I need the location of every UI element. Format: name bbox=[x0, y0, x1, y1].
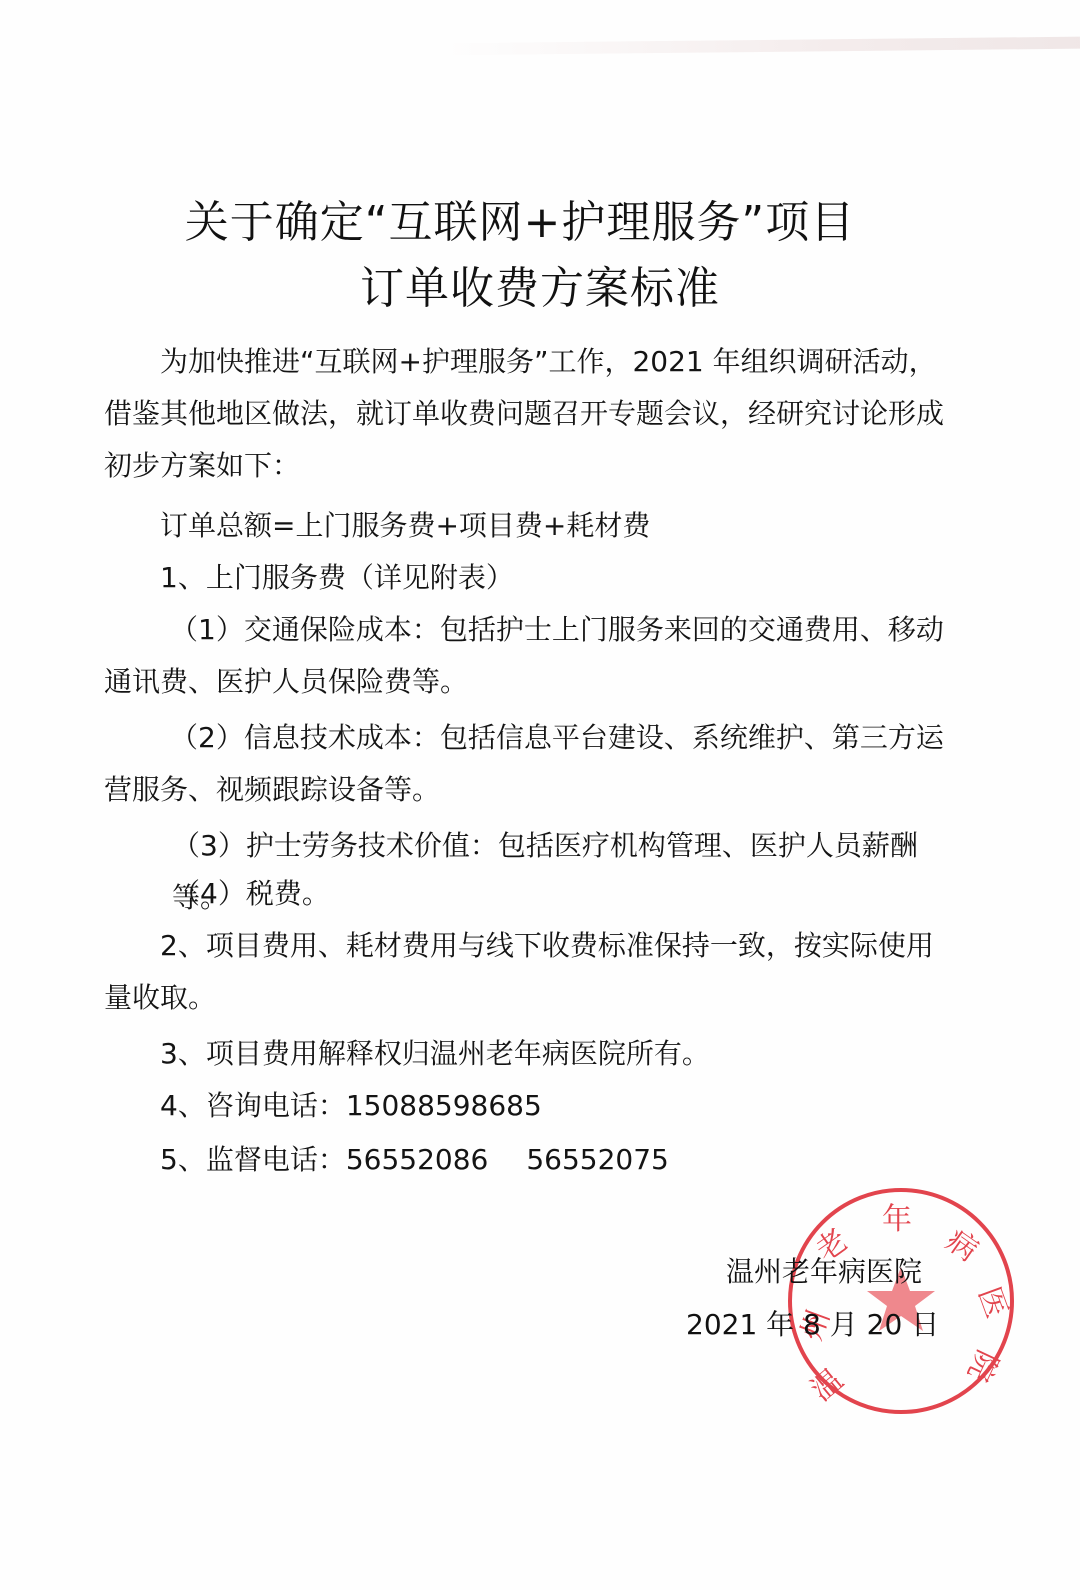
item-1-subitem-2: （2）信息技术成本：包括信息平台建设、系统维护、第三方运营服务、视频跟踪设备等。 bbox=[104, 712, 949, 816]
item-5-supervision-phone: 5、监督电话：5655208656552075 bbox=[160, 1134, 1005, 1186]
signature-organization: 温州老年病医院 bbox=[726, 1250, 922, 1290]
item-3: 3、项目费用解释权归温州老年病医院所有。 bbox=[160, 1028, 1005, 1080]
supervision-phone-number-2: 56552075 bbox=[526, 1143, 669, 1176]
document-page: 关于确定“互联网+护理服务”项目 订单收费方案标准 为加快推进“互联网+护理服务… bbox=[0, 0, 1080, 1590]
consult-phone-number: 15088598685 bbox=[346, 1089, 542, 1122]
item-1-label: 1、上门服务费（详见附表） bbox=[160, 552, 1005, 604]
seal-char-4: 年 bbox=[882, 1202, 912, 1237]
document-title-line-2: 订单收费方案标准 bbox=[0, 252, 1080, 316]
item-1-subitem-4: （4）税费。 bbox=[172, 868, 1017, 920]
item-2: 2、项目费用、耗材费用与线下收费标准保持一致，按实际使用量收取。 bbox=[104, 920, 949, 1024]
signature-date: 2021 年 8 月 20 日 bbox=[686, 1303, 939, 1343]
scan-artifact bbox=[440, 37, 1080, 56]
item-4-consult-phone: 4、咨询电话：15088598685 bbox=[160, 1080, 1005, 1132]
supervision-phone-number-1: 56552086 bbox=[346, 1143, 489, 1176]
item-5-label: 5、监督电话： bbox=[160, 1143, 346, 1176]
official-seal: 温 州 老 年 病 医 院 bbox=[785, 1185, 1017, 1417]
intro-paragraph: 为加快推进“互联网+护理服务”工作，2021 年组织调研活动，借鉴其他地区做法，… bbox=[104, 336, 949, 492]
item-4-label: 4、咨询电话： bbox=[160, 1089, 346, 1122]
seal-char-5: 病 bbox=[940, 1223, 985, 1269]
item-1-subitem-1: （1）交通保险成本：包括护士上门服务来回的交通费用、移动通讯费、医护人员保险费等… bbox=[104, 604, 949, 708]
seal-char-6: 医 bbox=[971, 1282, 1014, 1322]
order-total-formula: 订单总额=上门服务费+项目费+耗材费 bbox=[160, 500, 1005, 552]
document-title-line-1: 关于确定“互联网+护理服务”项目 bbox=[0, 186, 1060, 250]
